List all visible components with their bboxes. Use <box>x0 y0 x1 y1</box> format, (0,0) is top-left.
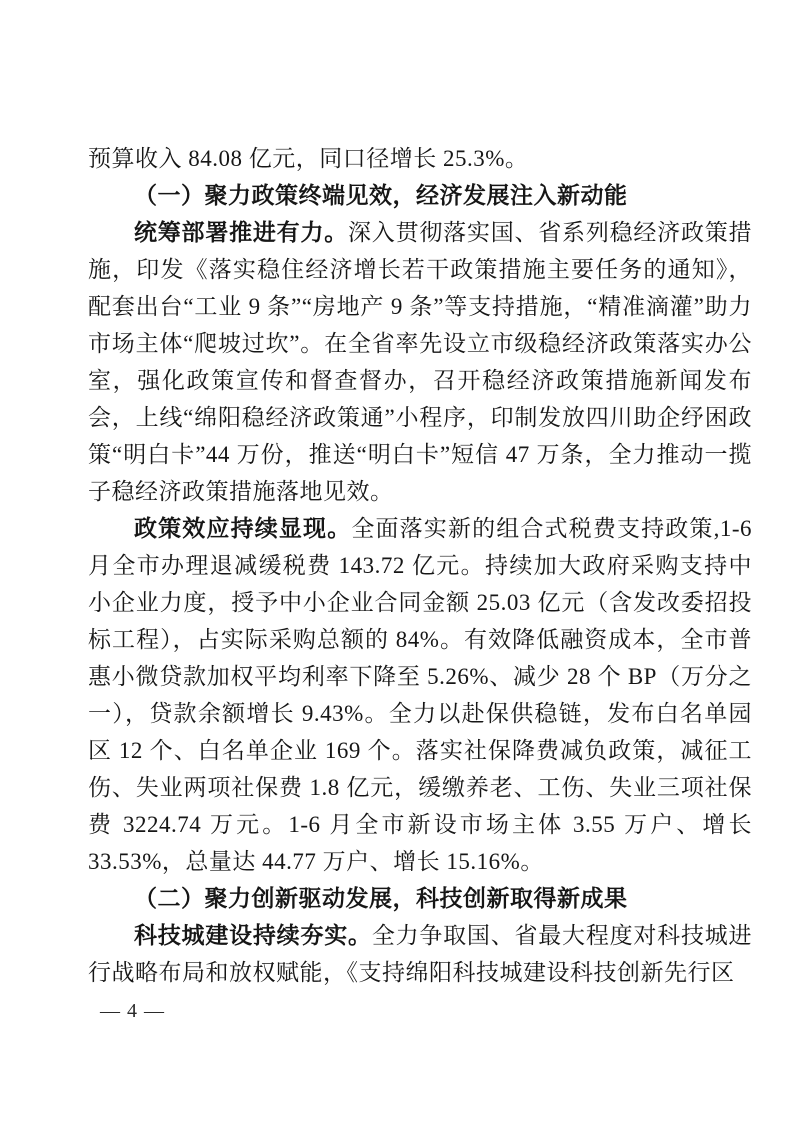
paragraph-policy-effects: 政策效应持续显现。全面落实新的组合式税费支持政策,1-6 月全市办理退减缓税费 … <box>88 510 752 880</box>
section-heading-1: （一）聚力政策终端见效，经济发展注入新动能 <box>88 177 752 214</box>
paragraph-text: 全面落实新的组合式税费支持政策,1-6 月全市办理退减缓税费 143.72 亿元… <box>88 516 752 874</box>
paragraph-continuation: 预算收入 84.08 亿元，同口径增长 25.3%。 <box>88 140 752 177</box>
paragraph-lead: 政策效应持续显现。 <box>134 516 351 541</box>
paragraph-coordinated-deployment: 统筹部署推进有力。深入贯彻落实国、省系列稳经济政策措施，印发《落实稳住经济增长若… <box>88 214 752 510</box>
paragraph-science-city: 科技城建设持续夯实。全力争取国、省最大程度对科技城进行战略布局和放权赋能，《支持… <box>88 917 752 991</box>
document-page: 预算收入 84.08 亿元，同口径增长 25.3%。 （一）聚力政策终端见效，经… <box>0 0 793 1122</box>
page-number: — 4 — <box>100 998 165 1024</box>
section-heading-2: （二）聚力创新驱动发展，科技创新取得新成果 <box>88 880 752 917</box>
paragraph-text: 深入贯彻落实国、省系列稳经济政策措施，印发《落实稳住经济增长若干政策措施主要任务… <box>88 220 752 504</box>
document-body: 预算收入 84.08 亿元，同口径增长 25.3%。 （一）聚力政策终端见效，经… <box>88 140 752 991</box>
paragraph-lead: 统筹部署推进有力。 <box>134 220 348 245</box>
paragraph-lead: 科技城建设持续夯实。 <box>134 923 372 948</box>
